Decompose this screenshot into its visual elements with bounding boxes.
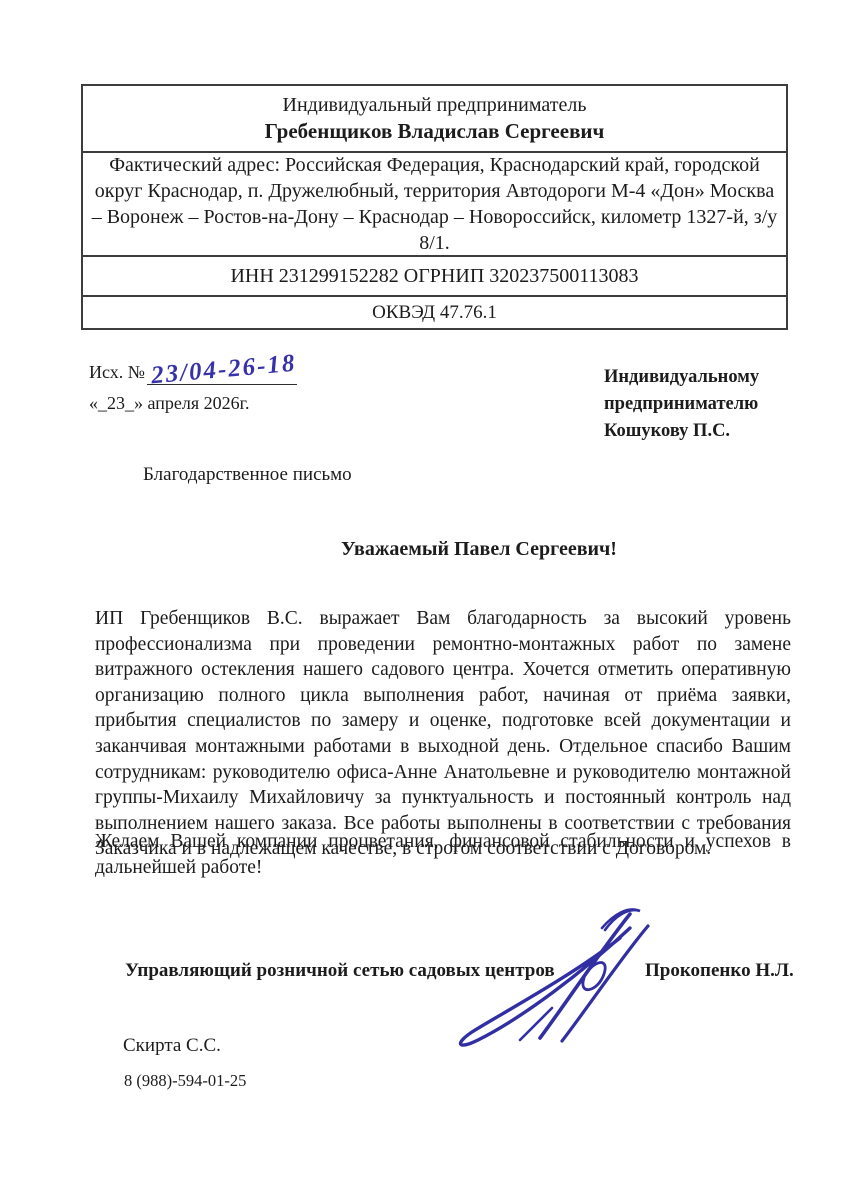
reference-label: Исх. № bbox=[89, 362, 145, 382]
addressee-line-2: предпринимателю bbox=[604, 391, 759, 418]
entity-name: Гребенщиков Владислав Сергеевич bbox=[265, 119, 605, 144]
letter-subject: Благодарственное письмо bbox=[143, 464, 352, 486]
body-paragraph-1: ИП Гребенщиков В.С. выражает Вам благода… bbox=[95, 606, 791, 862]
header-table: Индивидуальный предприниматель Гребенщик… bbox=[81, 84, 788, 330]
reference-date: «_23_» апреля 2026г. bbox=[89, 393, 250, 414]
okved: ОКВЭД 47.76.1 bbox=[372, 302, 497, 324]
body-paragraph-2: Желаем Вашей компании процветания, финан… bbox=[95, 829, 791, 880]
header-row-inn-ogrnip: ИНН 231299152282 ОГРНИП 320237500113083 bbox=[83, 257, 786, 297]
inn-ogrnip: ИНН 231299152282 ОГРНИП 320237500113083 bbox=[230, 265, 638, 288]
reference-number-line: Исх. № 23/04-26-18 bbox=[89, 362, 250, 390]
header-row-okved: ОКВЭД 47.76.1 bbox=[83, 297, 786, 328]
reference-block: Исх. № 23/04-26-18 «_23_» апреля 2026г. bbox=[89, 362, 250, 414]
contact-phone: 8 (988)-594-01-25 bbox=[124, 1071, 246, 1091]
executor-name: Скирта С.С. bbox=[123, 1035, 221, 1057]
addressee-block: Индивидуальному предпринимателю Кошукову… bbox=[604, 364, 759, 445]
addressee-line-1: Индивидуальному bbox=[604, 364, 759, 391]
entity-type: Индивидуальный предприниматель bbox=[283, 94, 587, 117]
addressee-line-3: Кошукову П.С. bbox=[604, 418, 759, 445]
salutation: Уважаемый Павел Сергеевич! bbox=[341, 538, 617, 561]
entity-address: Фактический адрес: Российская Федерация,… bbox=[89, 152, 780, 256]
header-row-entity: Индивидуальный предприниматель Гребенщик… bbox=[83, 86, 786, 153]
letter-page: Индивидуальный предприниматель Гребенщик… bbox=[0, 0, 848, 1200]
signoff-signer-name: Прокопенко Н.Л. bbox=[645, 960, 794, 982]
header-row-address: Фактический адрес: Российская Федерация,… bbox=[83, 153, 786, 257]
